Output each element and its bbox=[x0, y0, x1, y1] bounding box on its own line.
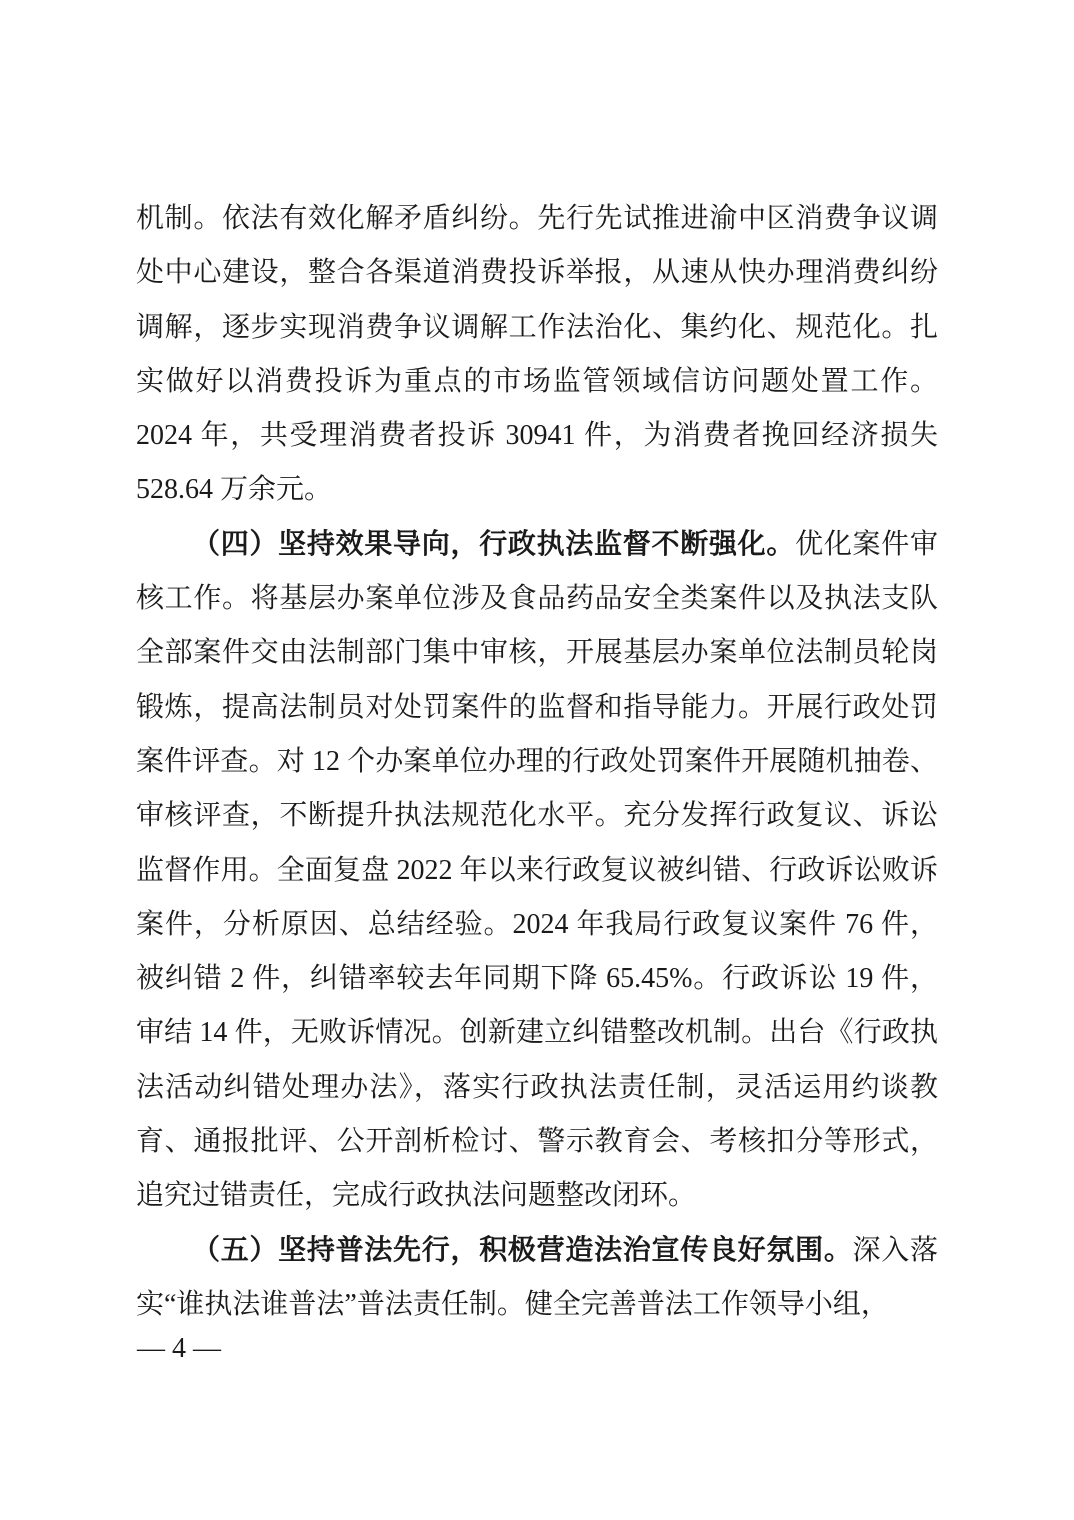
document-body: 机制。依法有效化解矛盾纠纷。先行先试推进渝中区消费争议调处中心建设，整合各渠道消… bbox=[136, 192, 938, 1332]
section-heading-4: （四）坚持效果导向，行政执法监督不断强化。 bbox=[192, 529, 795, 560]
paragraph: （四）坚持效果导向，行政执法监督不断强化。优化案件审核工作。将基层办案单位涉及食… bbox=[136, 518, 938, 1224]
paragraph: （五）坚持普法先行，积极营造法治宣传良好氛围。深入落实“谁执法谁普法”普法责任制… bbox=[136, 1224, 938, 1333]
section-heading-5: （五）坚持普法先行，积极营造法治宣传良好氛围。 bbox=[192, 1235, 853, 1266]
paragraph: 机制。依法有效化解矛盾纠纷。先行先试推进渝中区消费争议调处中心建设，整合各渠道消… bbox=[136, 192, 938, 518]
paragraph-text: 优化案件审核工作。将基层办案单位涉及食品药品安全类案件以及执法支队全部案件交由法… bbox=[136, 529, 938, 1212]
page-number: — 4 — bbox=[137, 1334, 221, 1364]
document-page: 机制。依法有效化解矛盾纠纷。先行先试推进渝中区消费争议调处中心建设，整合各渠道消… bbox=[0, 0, 1074, 1520]
paragraph-text: 机制。依法有效化解矛盾纠纷。先行先试推进渝中区消费争议调处中心建设，整合各渠道消… bbox=[136, 203, 938, 505]
